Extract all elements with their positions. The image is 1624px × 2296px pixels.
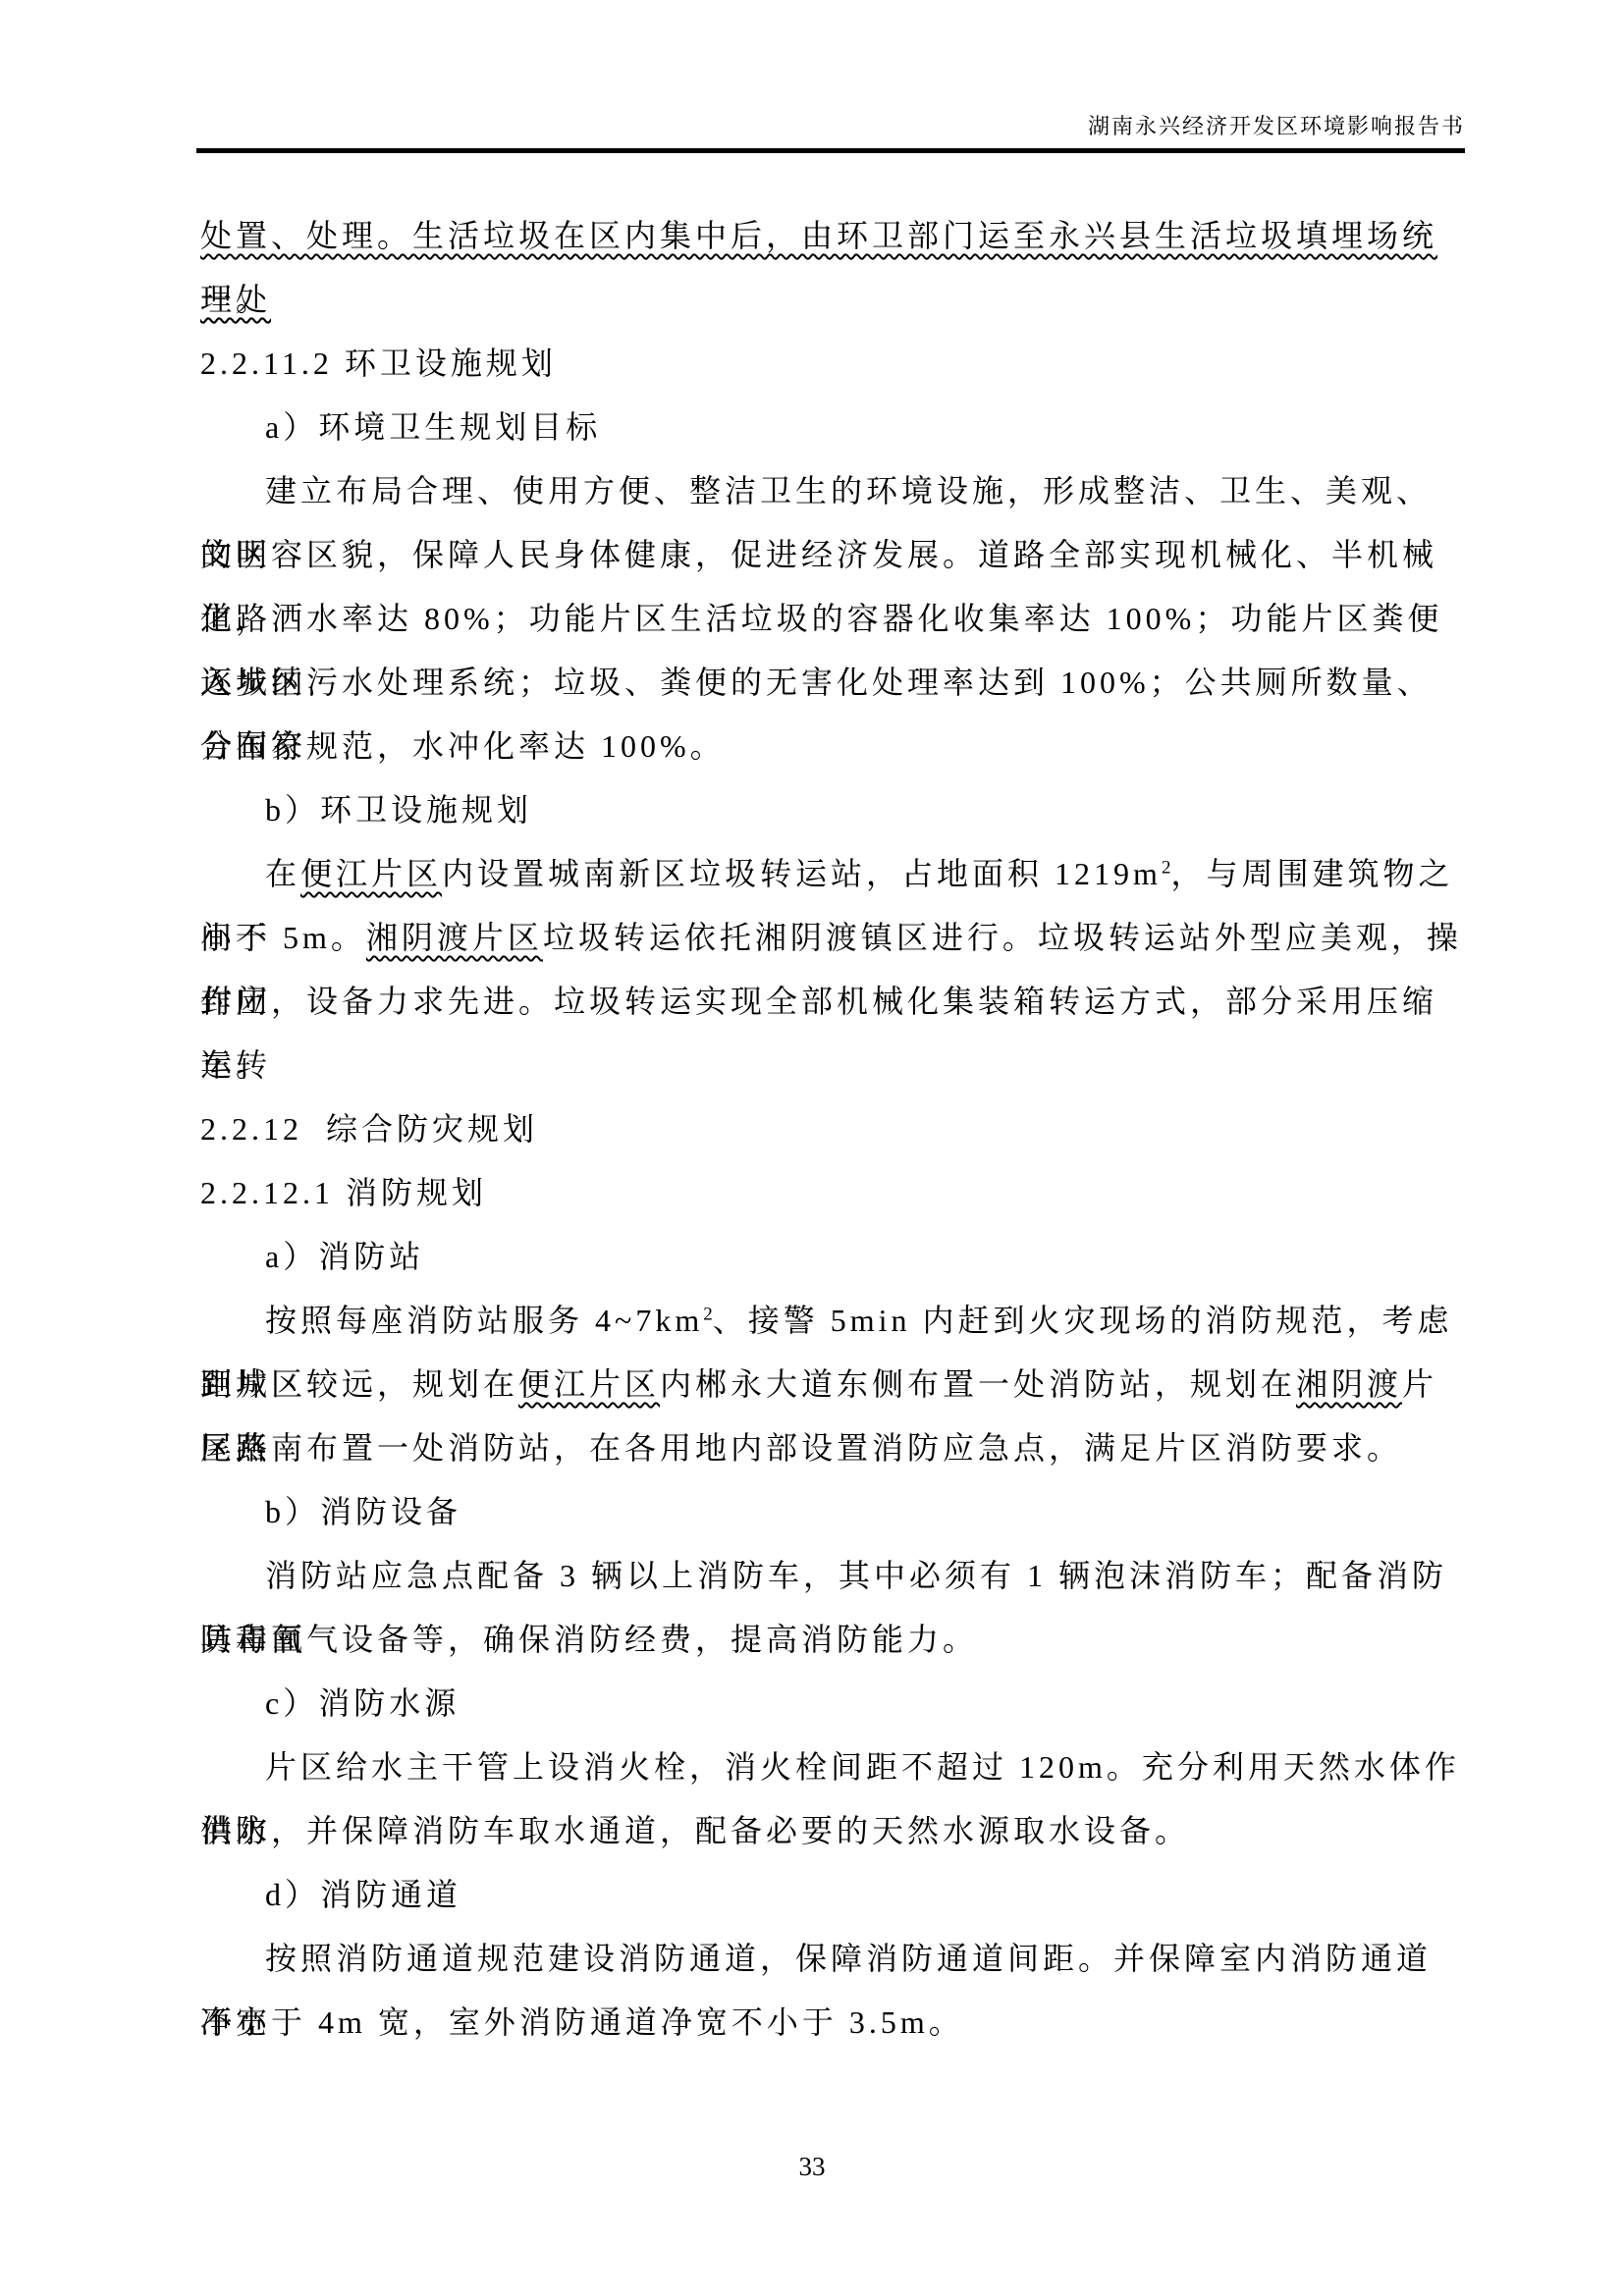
text-segment: 运。 — [200, 1047, 271, 1083]
text-line: b）消防设备 — [200, 1480, 1463, 1544]
text-line: 尾路南布置一处消防站，在各用地内部设置消防应急点，满足片区消防要求。 — [200, 1416, 1463, 1480]
text-line: d）消防通道 — [200, 1863, 1463, 1927]
text-segment: 2.2.12.1 消防规划 — [200, 1175, 487, 1210]
text-line: a）环境卫生规划目标 — [200, 396, 1463, 459]
text-line: 按照消防通道规范建设消防通道，保障消防通道间距。并保障室内消防通道净宽 — [200, 1927, 1463, 1991]
text-line: 具和氧气设备等，确保消防经费，提高消防能力。 — [200, 1608, 1463, 1672]
text-segment: 小于 5m。 — [200, 920, 366, 955]
text-line: 小于 5m。湘阴渡片区垃圾转运依托湘阴渡镇区进行。垃圾转运站外型应美观，操作应 — [200, 906, 1463, 970]
text-line: 合国家规范，水冲化率达 100%。 — [200, 715, 1463, 778]
text-segment: 2.2.11.2 环卫设施规划 — [200, 346, 557, 381]
text-segment: 具和氧气设备等，确保消防经费，提高消防能力。 — [200, 1622, 978, 1657]
text-line: 2.2.11.2 环卫设施规划 — [200, 332, 1463, 396]
text-line: 运。 — [200, 1034, 1463, 1097]
text-segment: b）消防设备 — [265, 1494, 461, 1529]
text-segment: 在 — [265, 856, 300, 891]
text-segment: 供水，并保障消防车取水通道，配备必要的天然水源取水设备。 — [200, 1813, 1190, 1848]
text-line: 2.2.12 综合防灾规划 — [200, 1097, 1463, 1161]
place-name-wavy-underline: 湘阴渡片区 — [366, 920, 543, 955]
document-page: 湖南永兴经济开发区环境影响报告书 处置、处理。生活垃圾在区内集中后，由环卫部门运… — [0, 0, 1624, 2296]
text-line: 片区给水主干管上设消火栓，消火栓间距不超过 120m。充分利用天然水体作消防 — [200, 1735, 1463, 1799]
text-line: a）消防站 — [200, 1225, 1463, 1289]
superscript: 2 — [1162, 857, 1171, 878]
text-line: 在便江片区内设置城南新区垃圾转运站，占地面积 1219m2，与周围建筑物之间不 — [200, 842, 1463, 906]
text-segment: b）环卫设施规划 — [265, 792, 532, 828]
place-name-wavy-underline: 便江片区 — [518, 1366, 660, 1402]
text-segment: 不小于 4m 宽，室外消防通道净宽不小于 3.5m。 — [200, 2004, 964, 2040]
text-segment: 尾路南布置一处消防站，在各用地内部设置消防应急点，满足片区消防要求。 — [200, 1430, 1402, 1466]
text-line: 入城区污水处理系统；垃圾、粪便的无害化处理率达到 100%；公共厕所数量、分布符 — [200, 651, 1463, 715]
superscript: 2 — [703, 1304, 713, 1324]
text-line: 不小于 4m 宽，室外消防通道净宽不小于 3.5m。 — [200, 1991, 1463, 2055]
text-segment: 合国家规范，水冲化率达 100%。 — [200, 728, 726, 764]
text-line: 按照每座消防站服务 4~7km2、接警 5min 内赶到火灾现场的消防规范，考虑… — [200, 1289, 1463, 1353]
text-line: c）消防水源 — [200, 1672, 1463, 1735]
text-segment: d）消防通道 — [265, 1877, 461, 1912]
page-header-title: 湖南永兴经济开发区环境影响报告书 — [1088, 110, 1465, 140]
text-segment: c）消防水源 — [265, 1685, 460, 1721]
text-line: 理。 — [200, 268, 1463, 332]
header-rule — [196, 148, 1465, 153]
text-segment: 2.2.12 综合防灾规划 — [200, 1111, 538, 1147]
text-segment: 按照每座消防站服务 4~7km — [265, 1303, 703, 1338]
page-number: 33 — [0, 2152, 1624, 2182]
text-segment: 距城区较远，规划在 — [200, 1366, 518, 1402]
text-line: 消防站应急点配备 3 辆以上消防车，其中必须有 1 辆泡沫消防车；配备消防防毒面 — [200, 1544, 1463, 1608]
text-line: 处置、处理。生活垃圾在区内集中后，由环卫部门运至永兴县生活垃圾填埋场统一处 — [200, 204, 1463, 268]
place-name-wavy-underline: 湘阴渡 — [1296, 1366, 1402, 1402]
text-segment: a）环境卫生规划目标 — [265, 409, 601, 445]
text-segment: 内设置城南新区垃圾转运站，占地面积 1219m — [442, 856, 1162, 891]
text-segment: a）消防站 — [265, 1239, 424, 1274]
text-line: 距城区较远，规划在便江片区内郴永大道东侧布置一处消防站，规划在湘阴渡片区燕 — [200, 1353, 1463, 1416]
place-name-wavy-underline: 便江片区 — [300, 856, 442, 891]
text-line: 2.2.12.1 消防规划 — [200, 1161, 1463, 1225]
text-line: b）环卫设施规划 — [200, 778, 1463, 842]
text-line: 建立布局合理、使用方便、整洁卫生的环境设施，形成整洁、卫生、美观、文明 — [200, 459, 1463, 523]
place-name-wavy-underline: 理。 — [200, 282, 271, 317]
document-body: 处置、处理。生活垃圾在区内集中后，由环卫部门运至永兴县生活垃圾填埋场统一处理。2… — [200, 204, 1463, 2055]
text-line: 供水，并保障消防车取水通道，配备必要的天然水源取水设备。 — [200, 1799, 1463, 1863]
text-line: 道路洒水率达 80%；功能片区生活垃圾的容器化收集率达 100%；功能片区粪便逐… — [200, 587, 1463, 651]
text-line: 封闭，设备力求先进。垃圾转运实现全部机械化集装箱转运方式，部分采用压缩车转 — [200, 970, 1463, 1034]
text-line: 的区容区貌，保障人民身体健康，促进经济发展。道路全部实现机械化、半机械化， — [200, 523, 1463, 587]
text-segment: 内郴永大道东侧布置一处消防站，规划在 — [660, 1366, 1296, 1402]
